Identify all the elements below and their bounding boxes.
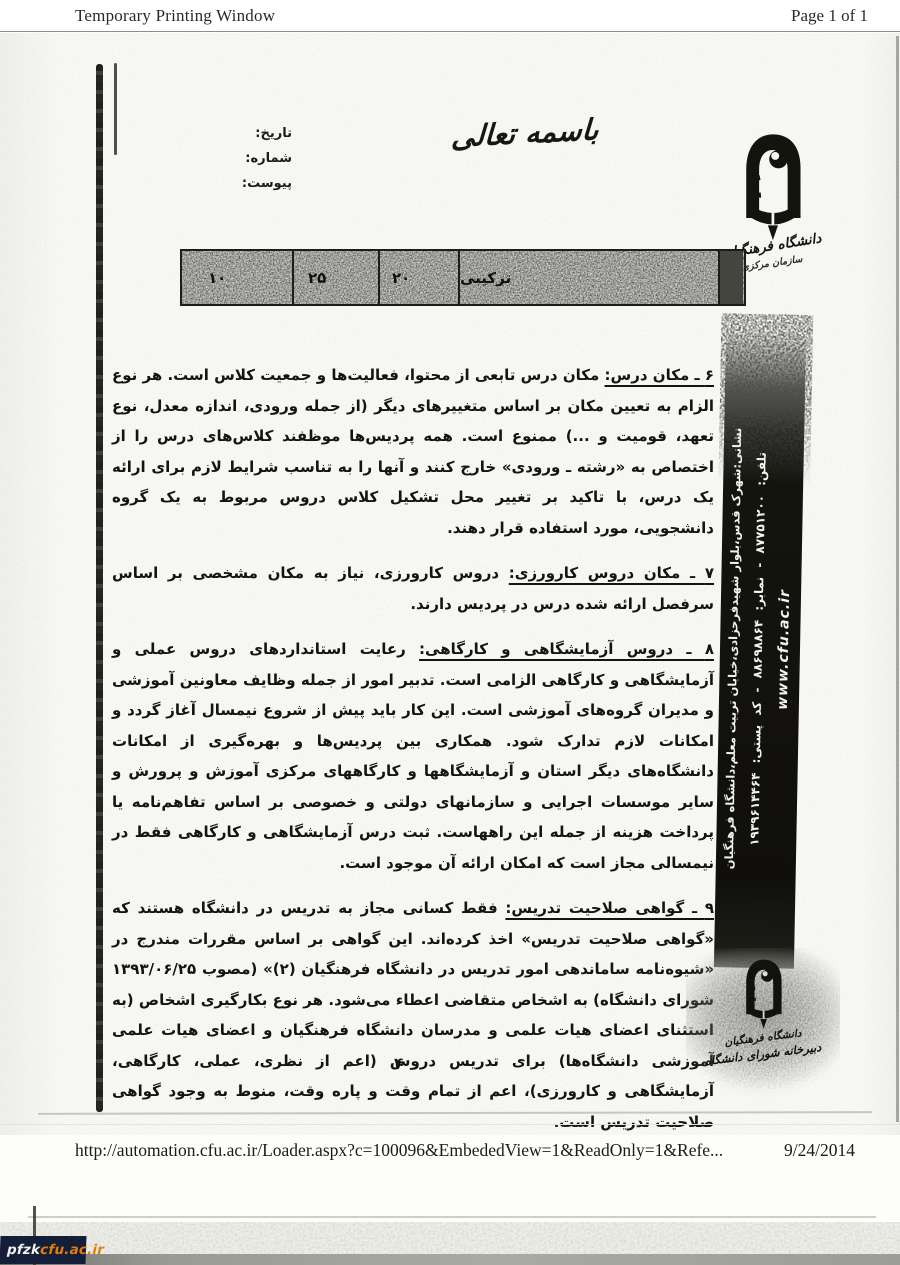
paragraph-7: ۷ ـ مکان دروس کارورزی: دروس کارورزی، نیا… — [112, 558, 714, 619]
scan-right-edge-artifact — [896, 36, 899, 1122]
paragraph-6-heading: ۶ ـ مکان درس: — [605, 366, 714, 384]
letterhead-fields: تاریخ: شماره: پیوست: — [242, 126, 292, 201]
table-cell-dark — [720, 251, 743, 304]
bottom-grain-band — [0, 1222, 900, 1254]
page-number: ۴ — [394, 1054, 404, 1073]
window-title: Temporary Printing Window — [75, 6, 275, 26]
contact-info-text: نشانی:شهرک قدس،بلوار شهیدفرحزادی،خیابان … — [715, 342, 805, 955]
stamp-emblem-icon — [733, 954, 793, 1030]
scan-bottom-strip — [0, 1254, 900, 1265]
paragraph-9-heading: ۹ ـ گواهی صلاحیت تدریس: — [505, 899, 714, 917]
table-cell-value: ۱۰ — [208, 269, 226, 287]
scan-left-edge-artifact-thin — [114, 63, 117, 155]
print-window-titlebar: Temporary Printing Window Page 1 of 1 — [0, 0, 900, 32]
date-field-label: تاریخ: — [242, 126, 292, 141]
contact-info-band: نشانی:شهرک قدس،بلوار شهیدفرحزادی،خیابان … — [714, 329, 806, 968]
table-cell: ترکیبی — [460, 251, 720, 304]
page-count-indicator: Page 1 of 1 — [791, 6, 868, 26]
print-date: 9/24/2014 — [784, 1140, 855, 1161]
farhangian-university-logo: دانشگاه فرهنگیان سازمان مرکزی — [702, 126, 842, 269]
paragraph-9: ۹ ـ گواهی صلاحیت تدریس: فقط کسانی مجاز ب… — [112, 893, 714, 1137]
paragraph-8-heading: ۸ ـ دروس آزمایشگاهی و کارگاهی: — [419, 640, 714, 658]
scan-left-edge-artifact — [96, 64, 103, 1112]
document-text: ۶ ـ مکان درس: مکان درس تابعی از محتوا، ف… — [112, 360, 714, 1152]
table-cell: ۱۰ — [182, 251, 294, 304]
table-cell-value: ۲۵ — [308, 269, 326, 287]
watermark-suffix: cfu.ac.ir — [40, 1242, 105, 1258]
lower-divider — [28, 1216, 876, 1218]
print-footer: http://automation.cfu.ac.ir/Loader.aspx?… — [75, 1140, 855, 1161]
table-cell-value: ترکیبی — [460, 269, 511, 287]
university-emblem-icon — [726, 126, 818, 242]
paragraph-8-body: رعایت استانداردهای دروس عملی و آزمایشگاه… — [112, 640, 714, 872]
summary-table: ۱۰ ۲۵ ۲۰ ترکیبی — [180, 249, 746, 306]
source-url: http://automation.cfu.ac.ir/Loader.aspx?… — [75, 1140, 723, 1161]
paragraph-8: ۸ ـ دروس آزمایشگاهی و کارگاهی: رعایت است… — [112, 634, 714, 878]
paragraph-7-heading: ۷ ـ مکان دروس کارورزی: — [509, 564, 714, 582]
council-secretariat-stamp: دانشگاه فرهنگیان دبیرخانه شورای دانشگاه — [686, 948, 840, 1106]
paragraph-9-body: فقط کسانی مجاز به تدریس در دانشگاه هستند… — [112, 899, 714, 1131]
header-divider — [0, 31, 900, 32]
paragraph-6-body: مکان درس تابعی از محتوا، فعالیت‌ها و جمع… — [112, 366, 714, 537]
paragraph-6: ۶ ـ مکان درس: مکان درس تابعی از محتوا، ف… — [112, 360, 714, 543]
attachment-field-label: پیوست: — [242, 176, 292, 191]
footer-divider — [0, 1124, 900, 1125]
table-cell: ۲۰ — [380, 251, 460, 304]
print-preview-page: Temporary Printing Window Page 1 of 1 تا… — [0, 0, 900, 1265]
site-watermark: pfzkcfu.ac.ir — [0, 1236, 86, 1264]
number-field-label: شماره: — [242, 151, 292, 166]
table-cell-value: ۲۰ — [392, 269, 410, 287]
table-cell: ۲۵ — [294, 251, 380, 304]
watermark-prefix: pfzk — [7, 1242, 41, 1258]
